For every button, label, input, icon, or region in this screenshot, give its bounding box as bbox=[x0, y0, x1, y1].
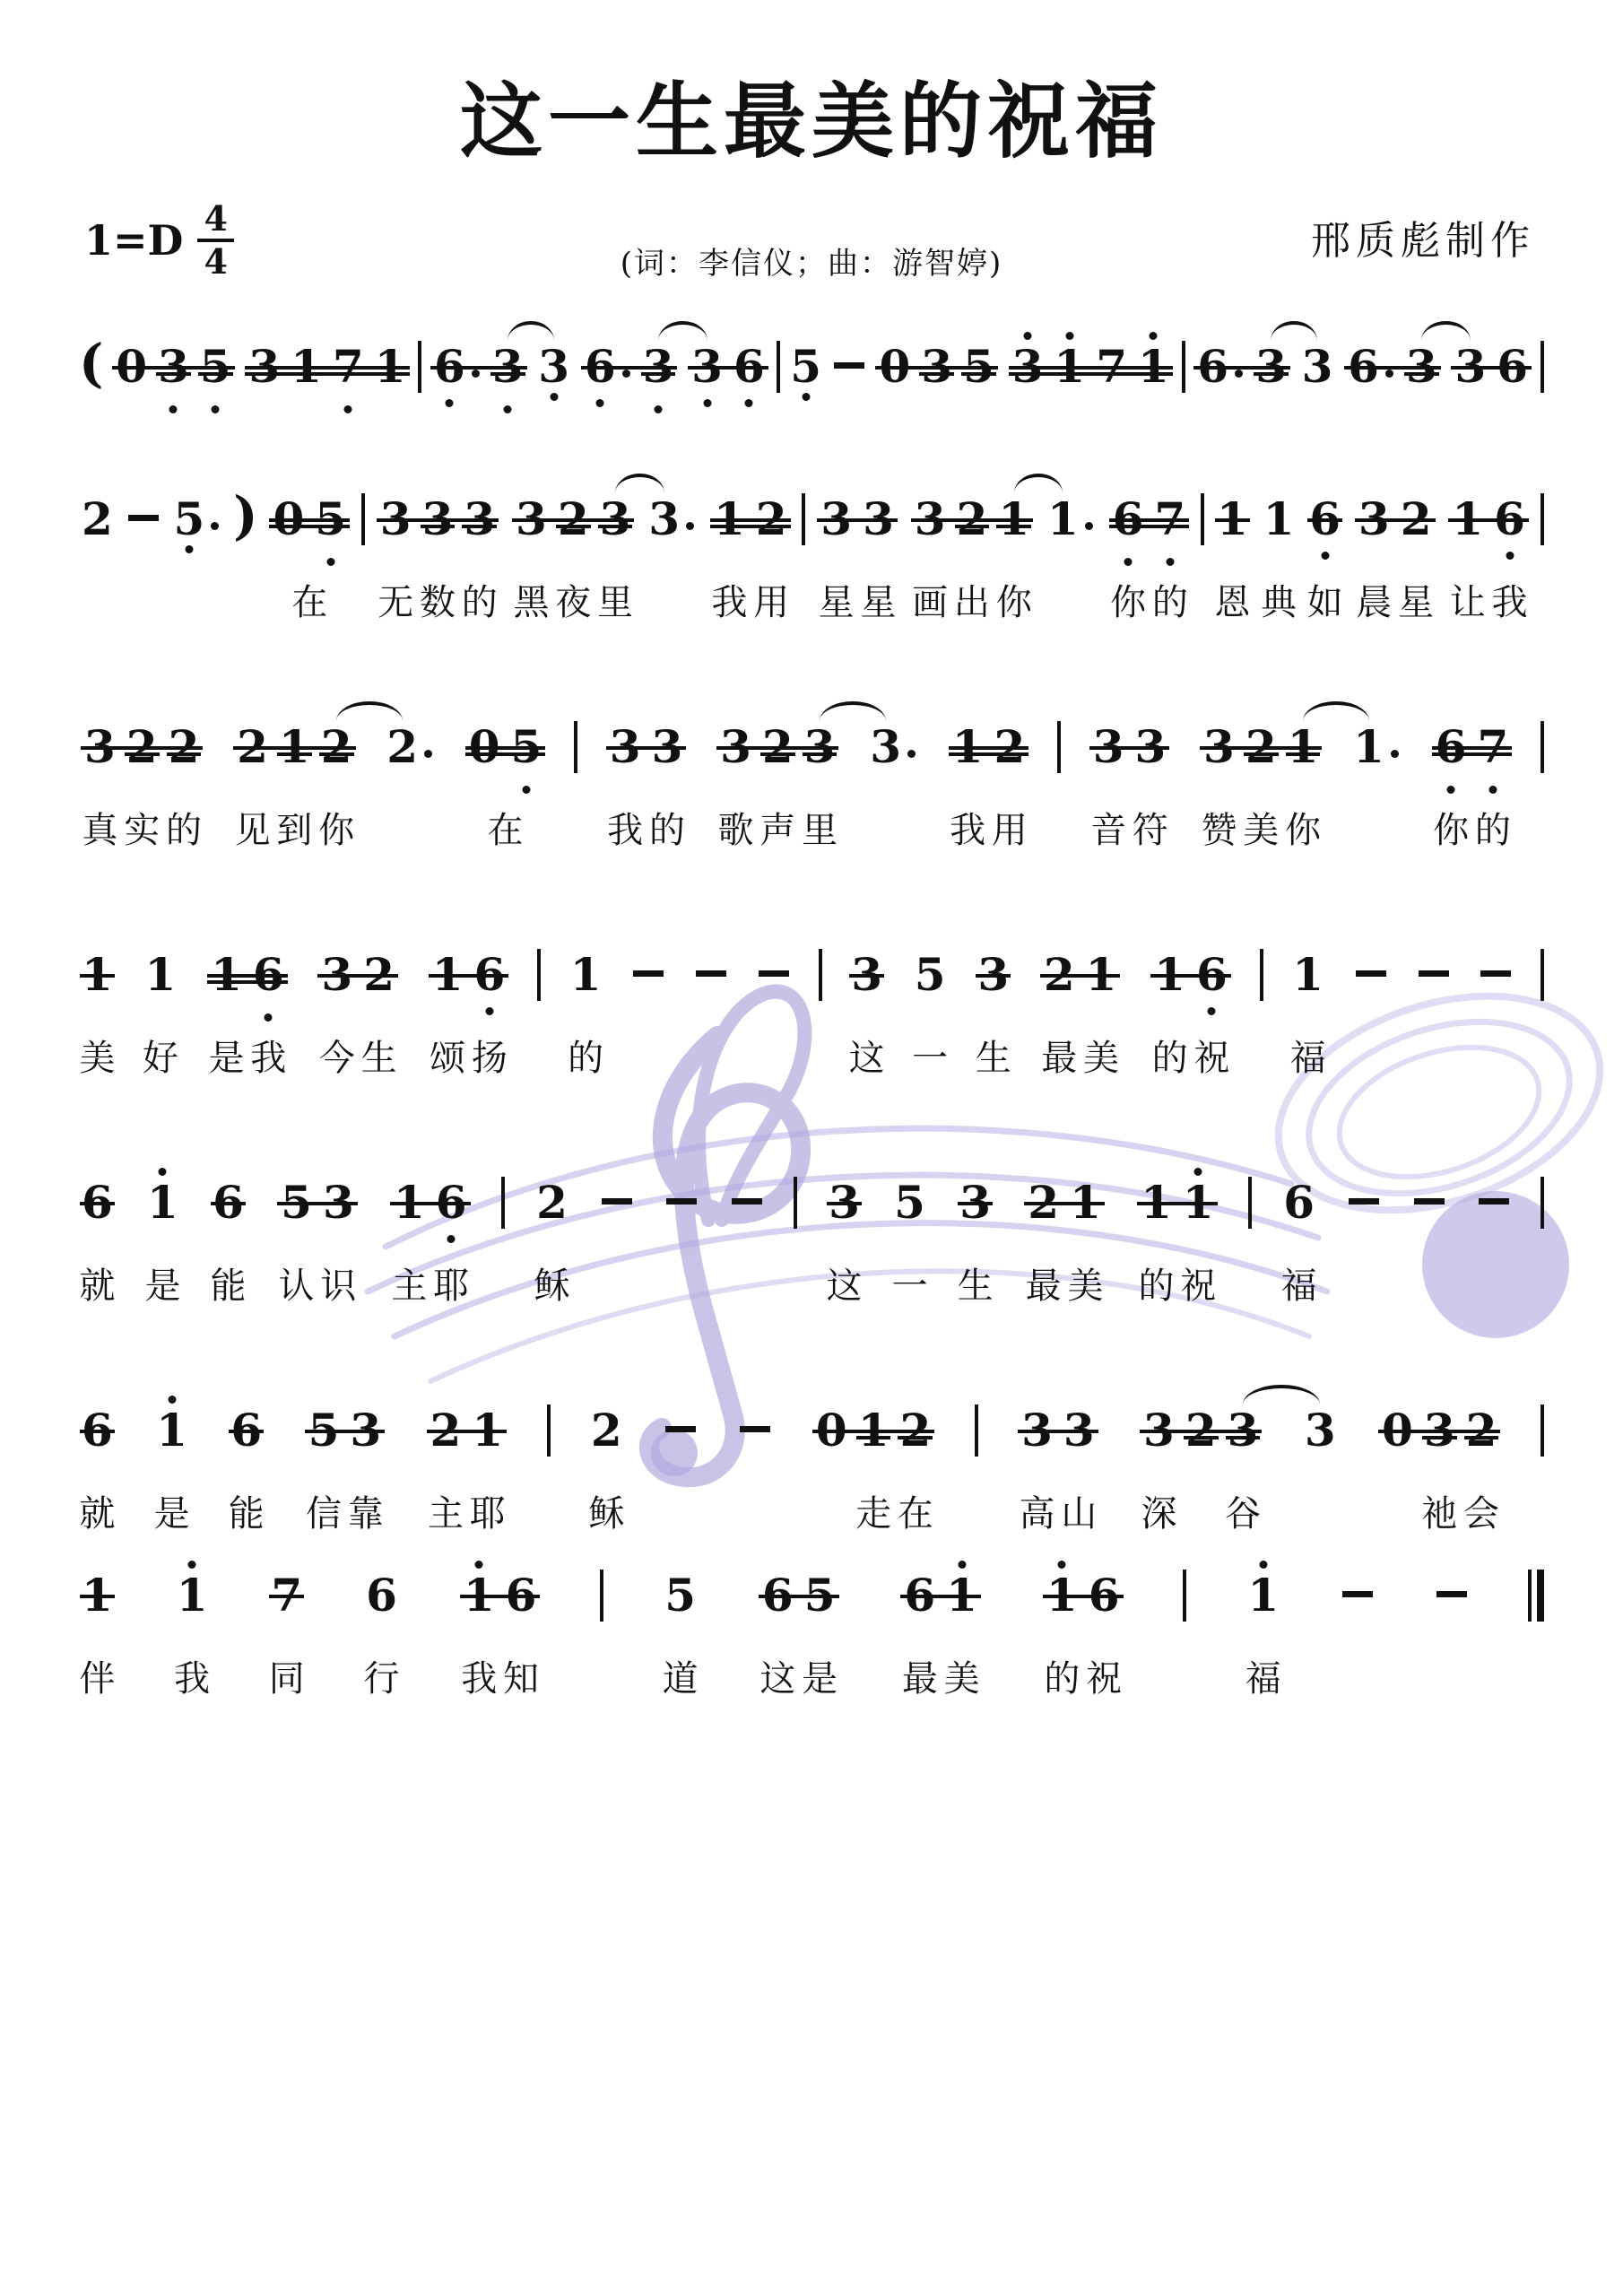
beamed-group: 3高3山 bbox=[1016, 1406, 1100, 1455]
beamed-group: 1我2用 bbox=[708, 495, 793, 544]
dash-cell bbox=[729, 1178, 765, 1205]
group-beam bbox=[606, 746, 687, 750]
note-cell: 1恩 bbox=[1214, 495, 1251, 544]
music-line-3: 3真2实2的2见1到2你205在3我3的3歌2声3里31我2用3音3符3赞2美1… bbox=[79, 698, 1544, 848]
beamed-group: 6这5是 bbox=[757, 1571, 841, 1620]
dash-cell bbox=[1411, 1178, 1447, 1205]
group-beam bbox=[269, 525, 350, 528]
lyric: 谷 bbox=[1225, 1485, 1261, 1536]
barline bbox=[600, 1570, 603, 1622]
beam bbox=[211, 1202, 246, 1205]
group-beam bbox=[1378, 1430, 1500, 1433]
duration-dot bbox=[622, 370, 630, 378]
group-beam bbox=[429, 974, 509, 978]
lyric: 深 bbox=[1141, 1485, 1176, 1536]
beamed-group: 3我3的 bbox=[604, 723, 689, 771]
beamed-group: 3无3数3的 bbox=[375, 495, 500, 544]
octave-dot-low bbox=[745, 399, 753, 407]
duration-dash bbox=[1480, 970, 1511, 977]
lyric: 你 bbox=[1110, 574, 1146, 625]
lyric: 这 bbox=[849, 1030, 885, 1081]
beamed-group: 3真2实2的 bbox=[79, 723, 204, 771]
lyric: 声 bbox=[759, 802, 795, 853]
barline bbox=[547, 1405, 551, 1457]
beamed-group: 035 bbox=[110, 343, 236, 391]
lyric: 我 bbox=[711, 574, 747, 625]
duration-dash bbox=[633, 970, 664, 977]
lyric: 我 bbox=[461, 1650, 497, 1701]
note-number: 1 bbox=[1047, 495, 1079, 544]
group-beam bbox=[512, 518, 634, 522]
beam bbox=[803, 752, 838, 756]
duration-dash bbox=[696, 970, 726, 977]
duration-dash bbox=[1419, 970, 1449, 977]
lyric: 同 bbox=[269, 1650, 305, 1701]
lyric: 福 bbox=[1245, 1650, 1281, 1701]
lyric: 符 bbox=[1133, 802, 1168, 853]
group-beam bbox=[1109, 518, 1190, 522]
duration-dash bbox=[665, 1426, 696, 1432]
lyric: 山 bbox=[1061, 1485, 1097, 1536]
group-beam bbox=[427, 1430, 508, 1433]
group-beam bbox=[1432, 752, 1513, 756]
beam bbox=[1226, 1436, 1261, 1439]
note-cell: 6就 bbox=[79, 1178, 116, 1227]
lyric: 到 bbox=[276, 802, 312, 853]
octave-dot-low bbox=[169, 405, 178, 413]
lyric: 信 bbox=[306, 1485, 342, 1536]
beam bbox=[269, 1595, 304, 1598]
arranger-credit: 邢质彪制作 bbox=[1311, 208, 1535, 265]
note-cell: 3 bbox=[1299, 343, 1336, 391]
beam bbox=[462, 525, 497, 528]
group-beam bbox=[1451, 366, 1532, 370]
dash-cell bbox=[1476, 1178, 1512, 1205]
group-beam bbox=[465, 752, 546, 756]
music-line-4: 1美1好1是6我3今2生1颂6扬1的3这5一3生2最1美1的6祝1福 bbox=[79, 926, 1544, 1076]
note-number: 1 bbox=[145, 951, 177, 999]
octave-dot-low bbox=[504, 405, 512, 413]
note-number: 2 bbox=[386, 723, 418, 771]
group-beam bbox=[245, 372, 409, 376]
lyric: 生 bbox=[361, 1030, 397, 1081]
group-beam bbox=[377, 518, 499, 522]
beamed-group: 1是6我 bbox=[205, 951, 290, 999]
beamed-group: 6你7的 bbox=[1107, 495, 1192, 544]
barline bbox=[1541, 949, 1544, 1001]
group-beam bbox=[269, 518, 350, 522]
beamed-group: 2最1美 bbox=[1038, 951, 1123, 999]
beam bbox=[156, 372, 191, 376]
lyric: 的 bbox=[568, 1030, 603, 1081]
note-number: 1 bbox=[1263, 495, 1295, 544]
note-number: 2 bbox=[82, 495, 113, 544]
beamed-group: 3今2生 bbox=[316, 951, 400, 999]
lyric: 的 bbox=[462, 574, 498, 625]
octave-dot-low bbox=[185, 545, 193, 553]
note-number: 2 bbox=[536, 1178, 568, 1227]
tie-arc bbox=[658, 321, 707, 341]
dash-cell bbox=[1416, 951, 1452, 977]
octave-dot-low bbox=[550, 393, 558, 401]
lyric: 在 bbox=[488, 802, 524, 853]
duration-dash bbox=[602, 1198, 632, 1205]
lyric: 这 bbox=[827, 1257, 863, 1309]
beamed-group: 36 bbox=[1449, 343, 1533, 391]
note-cell: 6能 bbox=[228, 1406, 265, 1455]
note-cell: 2 bbox=[384, 723, 437, 771]
beamed-group: 1主6耶 bbox=[388, 1178, 473, 1227]
lyric: 能 bbox=[229, 1485, 265, 1536]
duration-dot bbox=[1085, 522, 1093, 530]
note-digit: 1 bbox=[147, 1178, 178, 1227]
lyric: 里 bbox=[802, 802, 838, 853]
octave-dot-low bbox=[446, 399, 454, 407]
lyric: 我 bbox=[607, 802, 643, 853]
barline bbox=[1248, 1177, 1252, 1229]
lyric: 见 bbox=[235, 802, 271, 853]
octave-dot-low bbox=[1506, 552, 1514, 560]
barline bbox=[1541, 1177, 1544, 1229]
lyric: 出 bbox=[954, 574, 990, 625]
lyric: 用 bbox=[992, 802, 1028, 853]
lyric: 最 bbox=[902, 1650, 938, 1701]
beam bbox=[229, 1430, 264, 1433]
octave-dot-low bbox=[212, 405, 220, 413]
octave-dot-high bbox=[1058, 1561, 1066, 1569]
note-number: 1 bbox=[177, 1571, 208, 1620]
note-cell: 1是 bbox=[144, 1178, 181, 1227]
group-beam bbox=[1040, 974, 1121, 978]
octave-dot-low bbox=[485, 1007, 493, 1015]
lyric: 你 bbox=[318, 802, 354, 853]
note-cell: 1福 bbox=[1289, 951, 1326, 999]
lyric: 主 bbox=[428, 1485, 464, 1536]
lyric: 你 bbox=[1433, 802, 1469, 853]
octave-dot-high bbox=[1194, 1168, 1202, 1176]
group-beam bbox=[1355, 518, 1436, 522]
lyric: 稣 bbox=[588, 1485, 624, 1536]
lyric: 认 bbox=[279, 1257, 315, 1309]
duration-dash bbox=[666, 1198, 697, 1205]
lyric: 靠 bbox=[348, 1485, 384, 1536]
lyric: 稣 bbox=[534, 1257, 569, 1309]
note-digit: 6 bbox=[366, 1571, 397, 1620]
lyric: 一 bbox=[912, 1030, 948, 1081]
barline bbox=[777, 341, 780, 393]
note-cell: 1的 bbox=[568, 951, 604, 999]
lyric: 一 bbox=[892, 1257, 928, 1309]
lyric: 星 bbox=[860, 574, 896, 625]
lyric: 是 bbox=[154, 1485, 190, 1536]
duration-dash bbox=[1342, 1591, 1373, 1597]
beam bbox=[976, 974, 1011, 978]
beamed-group: 03祂2会 bbox=[1376, 1406, 1502, 1455]
group-beam bbox=[949, 746, 1029, 750]
octave-dot-high bbox=[159, 1168, 167, 1176]
note-cell: 6如 bbox=[1306, 495, 1343, 544]
close-paren: ) bbox=[233, 491, 257, 540]
duration-dot bbox=[424, 750, 432, 758]
time-signature-bottom: 4 bbox=[204, 242, 227, 280]
octave-dot-low bbox=[522, 786, 530, 794]
group-beam bbox=[245, 366, 409, 370]
lyric: 美 bbox=[79, 1030, 115, 1081]
beam bbox=[849, 974, 884, 978]
lyric: 里 bbox=[597, 574, 633, 625]
group-beam bbox=[710, 518, 791, 522]
group-beam bbox=[277, 1202, 358, 1205]
lyric: 你 bbox=[996, 574, 1032, 625]
duration-dash bbox=[1479, 1198, 1509, 1205]
lyric: 我 bbox=[950, 802, 985, 853]
note-number: 5 bbox=[664, 1571, 696, 1620]
note-number: 6 bbox=[1283, 1178, 1315, 1227]
beamed-group: 6最1美 bbox=[898, 1571, 983, 1620]
note-digit: 1 bbox=[177, 1571, 208, 1620]
group-beam bbox=[305, 1430, 386, 1433]
open-paren: ( bbox=[79, 339, 103, 387]
dash-cell bbox=[1346, 1178, 1382, 1205]
note-number: 3 bbox=[870, 723, 901, 771]
group-beam bbox=[949, 752, 1029, 756]
song-title: 这一生最美的祝福 bbox=[79, 72, 1544, 170]
group-beam bbox=[1140, 1430, 1262, 1433]
lyric: 画 bbox=[912, 574, 948, 625]
lyric: 夜 bbox=[555, 574, 591, 625]
note-digit: 5 bbox=[894, 1178, 925, 1227]
note-digit: 1 bbox=[1263, 495, 1295, 544]
note-number: 3 bbox=[1302, 343, 1333, 391]
lyric: 赞 bbox=[1201, 802, 1237, 853]
octave-dot-high bbox=[1065, 332, 1073, 340]
beamed-group: 2见1到2你 bbox=[231, 723, 357, 771]
barline bbox=[1541, 1405, 1544, 1457]
beamed-group: 1的1祝 bbox=[1135, 1178, 1219, 1227]
duration-dot bbox=[686, 522, 694, 530]
barline bbox=[975, 1405, 978, 1457]
note-cell: 2稣 bbox=[588, 1406, 625, 1455]
note-digit: 1 bbox=[145, 951, 177, 999]
group-beam bbox=[812, 1430, 934, 1433]
note-cell: 3生 bbox=[957, 1178, 994, 1227]
beam bbox=[760, 752, 795, 756]
note-digit: 3 bbox=[1302, 343, 1333, 391]
beam bbox=[1307, 518, 1342, 522]
octave-dot-low bbox=[447, 1235, 456, 1243]
beam bbox=[125, 752, 160, 756]
note-digit: 1 bbox=[1292, 951, 1324, 999]
note-cell: 6福 bbox=[1280, 1178, 1317, 1227]
beam bbox=[198, 372, 233, 376]
note-number: 1 bbox=[1353, 723, 1384, 771]
duration-dash bbox=[1414, 1198, 1445, 1205]
duration-dot bbox=[1235, 370, 1243, 378]
note-digit: 5 bbox=[174, 495, 205, 544]
beamed-group: 5认3识 bbox=[275, 1178, 360, 1227]
octave-dot-high bbox=[188, 1561, 196, 1569]
barline bbox=[1260, 949, 1263, 1001]
note-number: 3 bbox=[648, 495, 680, 544]
beam bbox=[1244, 752, 1279, 756]
note-cell: 5 bbox=[171, 495, 224, 544]
beamed-group: 1让6我 bbox=[1446, 495, 1531, 544]
key-signature: 1=D 4 4 bbox=[84, 201, 234, 280]
group-beam bbox=[317, 974, 398, 978]
group-beam bbox=[759, 1595, 839, 1598]
group-beam bbox=[430, 366, 527, 370]
group-beam bbox=[1024, 1202, 1105, 1205]
note-digit: 2 bbox=[591, 1406, 622, 1455]
octave-dot-high bbox=[1024, 332, 1032, 340]
group-beam bbox=[1150, 974, 1231, 978]
duration-dash bbox=[834, 362, 864, 369]
group-beam bbox=[1089, 746, 1170, 750]
lyric: 今 bbox=[319, 1030, 355, 1081]
barline-thin bbox=[1528, 1570, 1532, 1622]
group-beam bbox=[207, 974, 288, 978]
lyric: 生 bbox=[958, 1257, 994, 1309]
beam bbox=[421, 525, 456, 528]
lyric: 无 bbox=[378, 574, 413, 625]
note-digit: 6 bbox=[1283, 1178, 1315, 1227]
note-digit: 1 bbox=[1353, 723, 1384, 771]
lyric: 的 bbox=[1044, 1650, 1080, 1701]
duration-dash bbox=[1349, 1198, 1379, 1205]
group-beam bbox=[1009, 372, 1173, 376]
beamed-group: 63 bbox=[1342, 343, 1443, 391]
note-cell: 1是 bbox=[153, 1406, 190, 1455]
lyric: 是 bbox=[802, 1650, 838, 1701]
note-digit: 1 bbox=[570, 951, 602, 999]
beam bbox=[1254, 372, 1289, 376]
note-cell: 1好 bbox=[143, 951, 179, 999]
group-beam bbox=[1043, 1595, 1124, 1598]
lyric: 星 bbox=[1398, 574, 1434, 625]
lyric: 的 bbox=[166, 802, 202, 853]
dash-cell bbox=[1340, 1571, 1376, 1597]
lyric: 福 bbox=[1290, 1030, 1326, 1081]
lyric: 在 bbox=[898, 1485, 933, 1536]
beamed-group: 3171 bbox=[1007, 343, 1175, 391]
dash-cell bbox=[664, 1178, 699, 1205]
score-body: (0353171633633650353171633633625)05在3无3数… bbox=[79, 317, 1544, 1697]
beam bbox=[1404, 372, 1439, 376]
note-digit: 2 bbox=[536, 1178, 568, 1227]
lyric: 耶 bbox=[433, 1257, 469, 1309]
note-number: 2 bbox=[591, 1406, 622, 1455]
beam bbox=[490, 372, 525, 376]
header-row: 1=D 4 4 (词：李信仪；曲：游智婷) 邢质彪制作 bbox=[79, 190, 1544, 305]
octave-dot-low bbox=[1208, 1007, 1216, 1015]
duration-dot bbox=[907, 750, 916, 758]
beamed-group: 05在 bbox=[464, 723, 548, 771]
lyric: 用 bbox=[753, 574, 789, 625]
duration-dot bbox=[1385, 370, 1393, 378]
lyric: 歌 bbox=[717, 802, 753, 853]
beamed-group: 3黑2夜3里 bbox=[510, 495, 636, 544]
group-beam bbox=[1200, 746, 1322, 750]
lyric: 生 bbox=[976, 1030, 1011, 1081]
octave-dot-high bbox=[958, 1561, 966, 1569]
barline bbox=[574, 721, 577, 773]
note-cell: 2稣 bbox=[534, 1178, 570, 1227]
group-beam bbox=[688, 366, 768, 370]
barline bbox=[1183, 1570, 1186, 1622]
beam bbox=[167, 752, 202, 756]
beam bbox=[80, 974, 115, 978]
duration-dash bbox=[732, 1198, 762, 1205]
note-cell: 1 bbox=[1350, 723, 1403, 771]
beam bbox=[1422, 1436, 1457, 1439]
note-cell: 6能 bbox=[210, 1178, 247, 1227]
lyric: 典 bbox=[1261, 574, 1297, 625]
lyric: 是 bbox=[144, 1257, 180, 1309]
note-digit: 2 bbox=[82, 495, 113, 544]
beam bbox=[961, 372, 996, 376]
lyric: 的 bbox=[1152, 574, 1188, 625]
lyric: 美 bbox=[1067, 1257, 1103, 1309]
note-number: 3 bbox=[538, 343, 569, 391]
note-digit: 5 bbox=[790, 343, 821, 391]
beamed-group: 6你7的 bbox=[1430, 723, 1515, 771]
group-beam bbox=[465, 746, 546, 750]
beam bbox=[80, 1202, 115, 1205]
barline bbox=[794, 1177, 797, 1229]
dash-cell bbox=[599, 1178, 635, 1205]
octave-dot-high bbox=[475, 1561, 483, 1569]
group-beam bbox=[581, 366, 678, 370]
beam bbox=[1464, 1436, 1499, 1439]
note-cell: 1我 bbox=[174, 1571, 211, 1620]
beamed-group: 63 bbox=[1192, 343, 1292, 391]
sheet-page: 这一生最美的祝福 1=D 4 4 (词：李信仪；曲：游智婷) 邢质彪制作 (03… bbox=[0, 72, 1623, 1697]
note-digit: 3 bbox=[538, 343, 569, 391]
beamed-group: 3晨2星 bbox=[1353, 495, 1437, 544]
dash-cell bbox=[1434, 1571, 1470, 1597]
duration-dash bbox=[128, 515, 159, 521]
group-beam bbox=[1137, 1202, 1218, 1205]
group-beam bbox=[817, 518, 898, 522]
note-cell: 5一 bbox=[891, 1178, 928, 1227]
tie-arc bbox=[1421, 321, 1471, 341]
note-cell: 1 bbox=[1045, 495, 1098, 544]
octave-dot-low bbox=[344, 405, 352, 413]
beam bbox=[319, 752, 354, 756]
dash-cell bbox=[1353, 951, 1389, 977]
time-signature-top: 4 bbox=[197, 201, 233, 242]
lyric: 黑 bbox=[513, 574, 549, 625]
group-beam bbox=[112, 366, 234, 370]
lyric: 真 bbox=[82, 802, 117, 853]
lyric: 扬 bbox=[472, 1030, 508, 1081]
lyric: 晨 bbox=[1356, 574, 1392, 625]
dash-cell bbox=[737, 1406, 773, 1432]
group-beam bbox=[1009, 366, 1173, 370]
lyric: 美 bbox=[1083, 1030, 1119, 1081]
lyric: 美 bbox=[1243, 802, 1279, 853]
beamed-group: 3星3星 bbox=[815, 495, 899, 544]
group-beam bbox=[1344, 366, 1441, 370]
barline bbox=[802, 493, 805, 545]
beam bbox=[1286, 752, 1321, 756]
barline bbox=[418, 341, 421, 393]
lyricist-composer-credit: (词：李信仪；曲：游智婷) bbox=[621, 239, 1003, 283]
beam bbox=[598, 525, 633, 528]
barline bbox=[1541, 341, 1544, 393]
beamed-group: 36 bbox=[686, 343, 770, 391]
beamed-group: 3歌2声3里 bbox=[715, 723, 840, 771]
